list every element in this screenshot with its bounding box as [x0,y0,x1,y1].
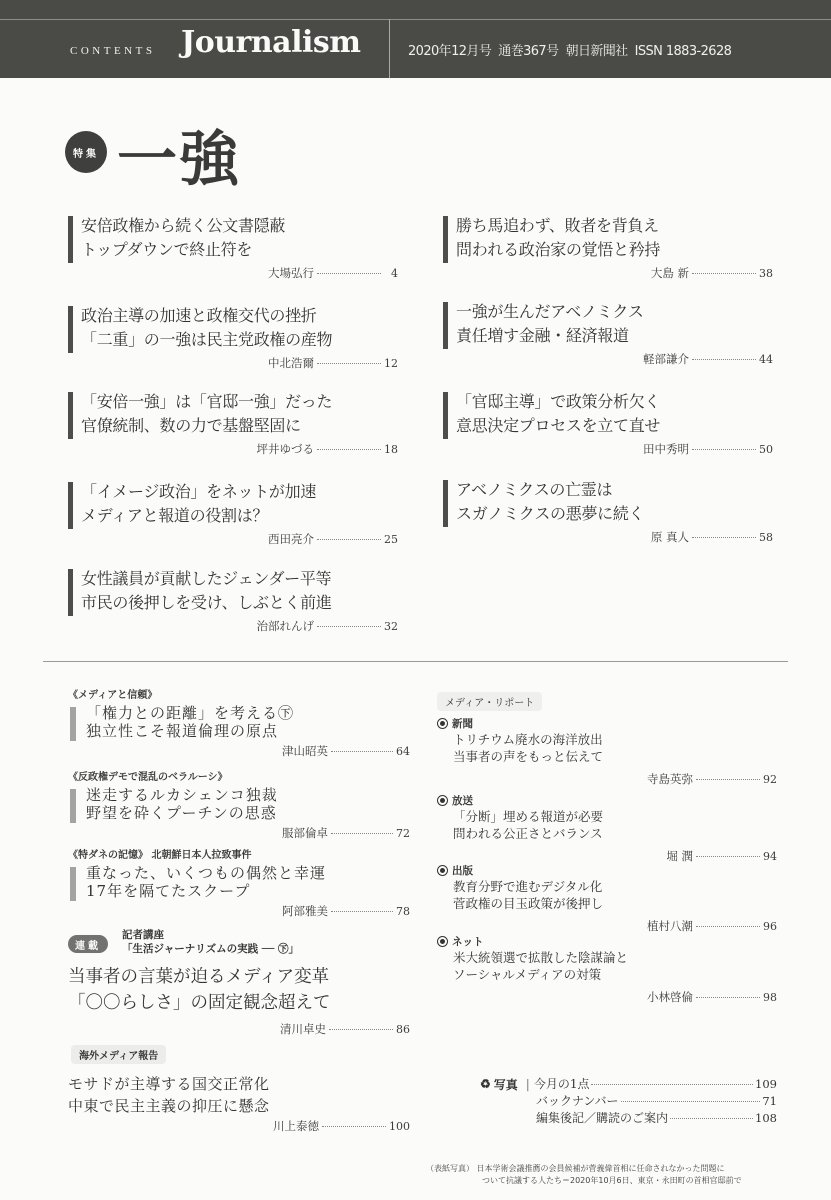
article-byline: 大場弘行 4 [68,265,398,281]
category-label: 放送 [452,793,473,808]
media-report-category: 放送 [437,793,777,808]
series-label: 《メディアと信頼》 [68,686,157,701]
masthead-divider [389,19,390,78]
article-headline-1: 「官邸主導」で政策分析欠く [456,390,773,414]
series-article[interactable]: 重なった、いくつもの偶然と幸運 17年を隔てたスクープ 阿部雅美 78 [70,864,410,919]
leader-dots [317,272,381,274]
article-page: 50 [759,443,773,456]
cover-photo-caption: （表紙写真） 日本学術会議推薦の会員候補が菅義偉首相に任命されなかった問題に つ… [426,1163,806,1186]
editorial-row[interactable]: 編集後記／購読のご案内 108 [536,1109,777,1126]
article-bar [68,392,73,439]
media-report-category: ネット [437,934,777,949]
article-headline-1: 一強が生んだアベノミクス [456,300,773,324]
article-headline-1: 安倍政権から続く公文書隠蔽 [81,214,398,238]
article-bar [68,306,73,353]
article-page: 98 [763,991,777,1004]
article-headline-1: 勝ち馬追わず、敗者を背負え [456,214,773,238]
article-headline-1: 「分断」埋める報道が必要 [453,808,777,825]
article-byline: 大島 新 38 [443,265,773,281]
overseas-headline-1: モサドが主導する国交正常化 [68,1073,270,1095]
article-page: 32 [384,620,398,633]
feature-title: 一強 [117,112,241,198]
feature-article[interactable]: 一強が生んだアベノミクス 責任増す金融・経済報道 軽部謙介 44 [443,300,773,367]
article-bar [443,216,448,263]
article-author: 田中秀明 [643,441,689,457]
article-headline-1: 「権力との距離」を考える㊦ [86,704,410,722]
bullseye-icon [437,795,448,806]
article-author: 阿部雅美 [282,903,328,919]
article-author: 坪井ゆづる [257,441,315,457]
article-byline: 治部れんげ 32 [68,618,398,634]
leader-dots [692,536,756,538]
leader-dots [696,925,760,927]
article-headline-2: 「二重」の一強は民主党政権の産物 [81,328,398,352]
leader-dots [331,910,393,912]
photo-page: 109 [755,1077,777,1091]
editorial-label: 編集後記／購読のご案内 [536,1109,668,1126]
article-headline-2: トップダウンで終止符を [81,238,398,262]
article-bar [70,789,76,823]
series-article[interactable]: 「権力との距離」を考える㊦ 独立性こそ報道倫理の原点 津山昭英 64 [70,704,410,759]
leader-dots [692,448,756,450]
series-label: 《特ダネの記憶》 北朝鮮日本人拉致事件 [68,846,251,861]
article-page: 100 [389,1120,410,1133]
article-page: 96 [763,920,777,933]
article-author: 中北浩爾 [268,355,314,371]
article-page: 72 [396,827,410,840]
caption-line-2: ついて抗議する人たち＝2020年10月6日、東京・永田町の首相官邸前で [426,1175,806,1187]
article-page: 4 [384,267,398,280]
article-headline-1: 迷走するルカシェンコ独裁 [86,786,410,804]
category-label: 出版 [452,863,473,878]
leader-dots [670,1118,753,1119]
feature-article[interactable]: 政治主導の加速と政権交代の挫折 「二重」の一強は民主党政権の産物 中北浩爾 12 [68,304,398,371]
article-byline: 寺島英弥 92 [437,771,777,787]
article-page: 12 [384,357,398,370]
backnumber-row[interactable]: バックナンバー 71 [536,1092,777,1109]
article-page: 94 [763,850,777,863]
serial-kicker-line1: 記者講座 [122,928,299,942]
editorial-page: 108 [755,1111,777,1125]
leader-dots [696,855,760,857]
article-page: 92 [763,773,777,786]
serial-headline[interactable]: 当事者の言葉が迫るメディア変革 「〇〇らしさ」の固定観念超えて [68,964,331,1016]
bullseye-icon [437,865,448,876]
series-label: 《反政権デモで混乱のベラルーシ》 [68,768,228,783]
article-byline: 小林啓倫 98 [437,989,777,1005]
article-bar [68,569,73,616]
article-byline: 阿部雅美 78 [70,903,410,919]
article-byline: 西田亮介 25 [68,531,398,547]
photo-title: 今月の1点 [534,1075,590,1092]
article-bar [70,867,76,901]
article-headline-1: 政治主導の加速と政権交代の挫折 [81,304,398,328]
media-report-category: 出版 [437,863,777,878]
article-headline-2: スガノミクスの悪夢に続く [456,502,773,526]
article-headline-1: 重なった、いくつもの偶然と幸運 [86,864,410,882]
article-headline-2: 野望を砕くプーチンの思惑 [86,804,410,822]
serial-badge: 連載 [68,935,108,953]
article-page: 44 [759,353,773,366]
overseas-headline-2: 中東で民主主義の抑圧に懸念 [68,1095,270,1117]
article-byline: 坪井ゆづる 18 [68,441,398,457]
photo-label-text: 写真 [494,1076,518,1093]
article-author: 川上泰徳 [273,1118,319,1134]
media-report-item[interactable]: ネット 米大統領選で拡散した陰謀論と ソーシャルメディアの対策 小林啓倫 98 [437,934,777,1005]
article-author: 大島 新 [651,265,689,281]
article-byline: 田中秀明 50 [443,441,773,457]
article-headline-2: メディアと報道の役割は？ [81,504,398,528]
article-author: 原 真人 [651,529,689,545]
article-author: 清川卓史 [280,1021,326,1037]
article-headline-2: ソーシャルメディアの対策 [453,966,777,983]
article-bar [443,302,448,349]
article-headline-2: 責任増す金融・経済報道 [456,324,773,348]
article-author: 植村八潮 [647,918,693,934]
article-page: 64 [396,745,410,758]
category-label: 新聞 [452,716,473,731]
article-headline-2: 問われる政治家の覚悟と矜持 [456,238,773,262]
article-byline: 服部倫卓 72 [70,825,410,841]
media-report-item[interactable]: 出版 教育分野で進むデジタル化 菅政権の目玉政策が後押し 植村八潮 96 [437,863,777,934]
feature-article[interactable]: 勝ち馬追わず、敗者を背負え 問われる政治家の覚悟と矜持 大島 新 38 [443,214,773,281]
caption-line-1: （表紙写真） 日本学術会議推薦の会員候補が菅義偉首相に任命されなかった問題に [426,1163,806,1175]
article-headline-2: 菅政権の目玉政策が後押し [453,895,777,912]
article-headline-1: 教育分野で進むデジタル化 [453,878,777,895]
article-headline-1: 米大統領選で拡散した陰謀論と [453,949,777,966]
contents-label: CONTENTS [70,45,155,57]
leader-dots [322,1125,386,1127]
masthead-top-rule [0,19,831,20]
backnumber-label: バックナンバー [536,1092,619,1109]
article-headline-1: アベノミクスの亡霊は [456,478,773,502]
media-report-category: 新聞 [437,716,777,731]
photo-label: ♻ 写真 [480,1076,518,1093]
media-report-item[interactable]: 新聞 トリチウム廃水の海洋放出 当事者の声をもっと伝えて 寺島英弥 92 [437,716,777,787]
leader-dots [591,1084,753,1085]
article-bar [70,707,76,741]
article-bar [443,392,448,439]
article-byline: 中北浩爾 12 [68,355,398,371]
leader-dots [317,625,381,627]
article-author: 軽部謙介 [643,351,689,367]
feature-badge: 特集 [65,131,107,173]
feature-article[interactable]: 安倍政権から続く公文書隠蔽 トップダウンで終止符を 大場弘行 4 [68,214,398,281]
article-author: 大場弘行 [268,265,314,281]
article-bar [68,482,73,529]
overseas-headline[interactable]: モサドが主導する国交正常化 中東で民主主義の抑圧に懸念 [68,1073,270,1117]
article-headline-2: 独立性こそ報道倫理の原点 [86,722,410,740]
issue-info: 2020年12月号 通巻367号 朝日新聞社 ISSN 1883-2628 [408,40,731,59]
serial-kicker: 記者講座 「生活ジャーナリズムの実践 ── ㊦」 [122,928,299,956]
feature-article[interactable]: 「イメージ政治」をネットが加速 メディアと報道の役割は？ 西田亮介 25 [68,480,398,547]
article-headline-1: 「イメージ政治」をネットが加速 [81,480,398,504]
article-author: 小林啓倫 [647,989,693,1005]
leader-dots [329,1028,393,1030]
article-page: 18 [384,443,398,456]
article-headline-1: 「安倍一強」は「官邸一強」だった [81,390,398,414]
article-author: 治部れんげ [257,618,315,634]
leader-dots [317,448,381,450]
article-author: 西田亮介 [268,531,314,547]
leader-dots [696,996,760,998]
article-page: 38 [759,267,773,280]
series-article[interactable]: 迷走するルカシェンコ独裁 野望を砕くプーチンの思惑 服部倫卓 72 [70,786,410,841]
article-headline-2: 当事者の声をもっと伝えて [453,748,777,765]
masthead: CONTENTS Journalism 2020年12月号 通巻367号 朝日新… [0,0,831,78]
leader-dots [692,272,756,274]
article-headline-2: 意思決定プロセスを立て直せ [456,414,773,438]
leader-dots [696,778,760,780]
category-label: ネット [452,934,484,949]
article-headline-1: トリチウム廃水の海洋放出 [453,731,777,748]
media-report-label: メディア・リポート [437,692,542,711]
feature-article[interactable]: アベノミクスの亡霊は スガノミクスの悪夢に続く 原 真人 58 [443,478,773,545]
section-divider [43,661,788,662]
article-headline-2: 問われる公正さとバランス [453,825,777,842]
media-report-item[interactable]: 放送 「分断」埋める報道が必要 問われる公正さとバランス 堀 潤 94 [437,793,777,864]
serial-headline-2: 「〇〇らしさ」の固定観念超えて [68,990,331,1016]
serial-byline: 清川卓史 86 [68,1021,410,1037]
article-headline-1: 女性議員が貢献したジェンダー平等 [81,567,398,591]
article-page: 25 [384,533,398,546]
leader-dots [317,538,381,540]
magazine-title: Journalism [181,25,361,60]
article-byline: 植村八潮 96 [437,918,777,934]
feature-article[interactable]: 「安倍一強」は「官邸一強」だった 官僚統制、数の力で基盤堅固に 坪井ゆづる 18 [68,390,398,457]
article-bar [443,480,448,527]
article-byline: 堀 潤 94 [437,848,777,864]
article-author: 津山昭英 [282,743,328,759]
leader-dots [692,358,756,360]
serial-headline-1: 当事者の言葉が迫るメディア変革 [68,964,331,990]
bullseye-icon [437,936,448,947]
article-page: 78 [396,905,410,918]
feature-article[interactable]: 女性議員が貢献したジェンダー平等 市民の後押しを受け、しぶとく前進 治部れんげ … [68,567,398,634]
leader-dots [331,832,393,834]
separator: | [526,1077,530,1091]
overseas-byline: 川上泰徳 100 [68,1118,410,1134]
article-bar [68,216,73,263]
article-byline: 軽部謙介 44 [443,351,773,367]
leader-dots [331,750,393,752]
leader-dots [621,1101,761,1102]
misc-list: ♻ 写真 | 今月の1点 109 バックナンバー 71 編集後記／購読のご案内 … [480,1075,777,1126]
serial-kicker-line2: 「生活ジャーナリズムの実践 ── ㊦」 [122,942,299,956]
article-byline: 津山昭英 64 [70,743,410,759]
photo-of-month-row[interactable]: ♻ 写真 | 今月の1点 109 [480,1075,777,1092]
article-author: 服部倫卓 [282,825,328,841]
article-byline: 原 真人 58 [443,529,773,545]
article-author: 堀 潤 [666,848,693,864]
article-headline-2: 市民の後押しを受け、しぶとく前進 [81,591,398,615]
article-author: 寺島英弥 [647,771,693,787]
article-page: 86 [396,1023,410,1036]
backnumber-page: 71 [762,1094,777,1108]
article-headline-2: 官僚統制、数の力で基盤堅固に [81,414,398,438]
article-page: 58 [759,531,773,544]
article-headline-2: 17年を隔てたスクープ [86,882,410,900]
feature-article[interactable]: 「官邸主導」で政策分析欠く 意思決定プロセスを立て直せ 田中秀明 50 [443,390,773,457]
recycle-icon: ♻ [480,1077,491,1091]
overseas-label: 海外メディア報告 [71,1045,166,1064]
leader-dots [317,362,381,364]
bullseye-icon [437,718,448,729]
